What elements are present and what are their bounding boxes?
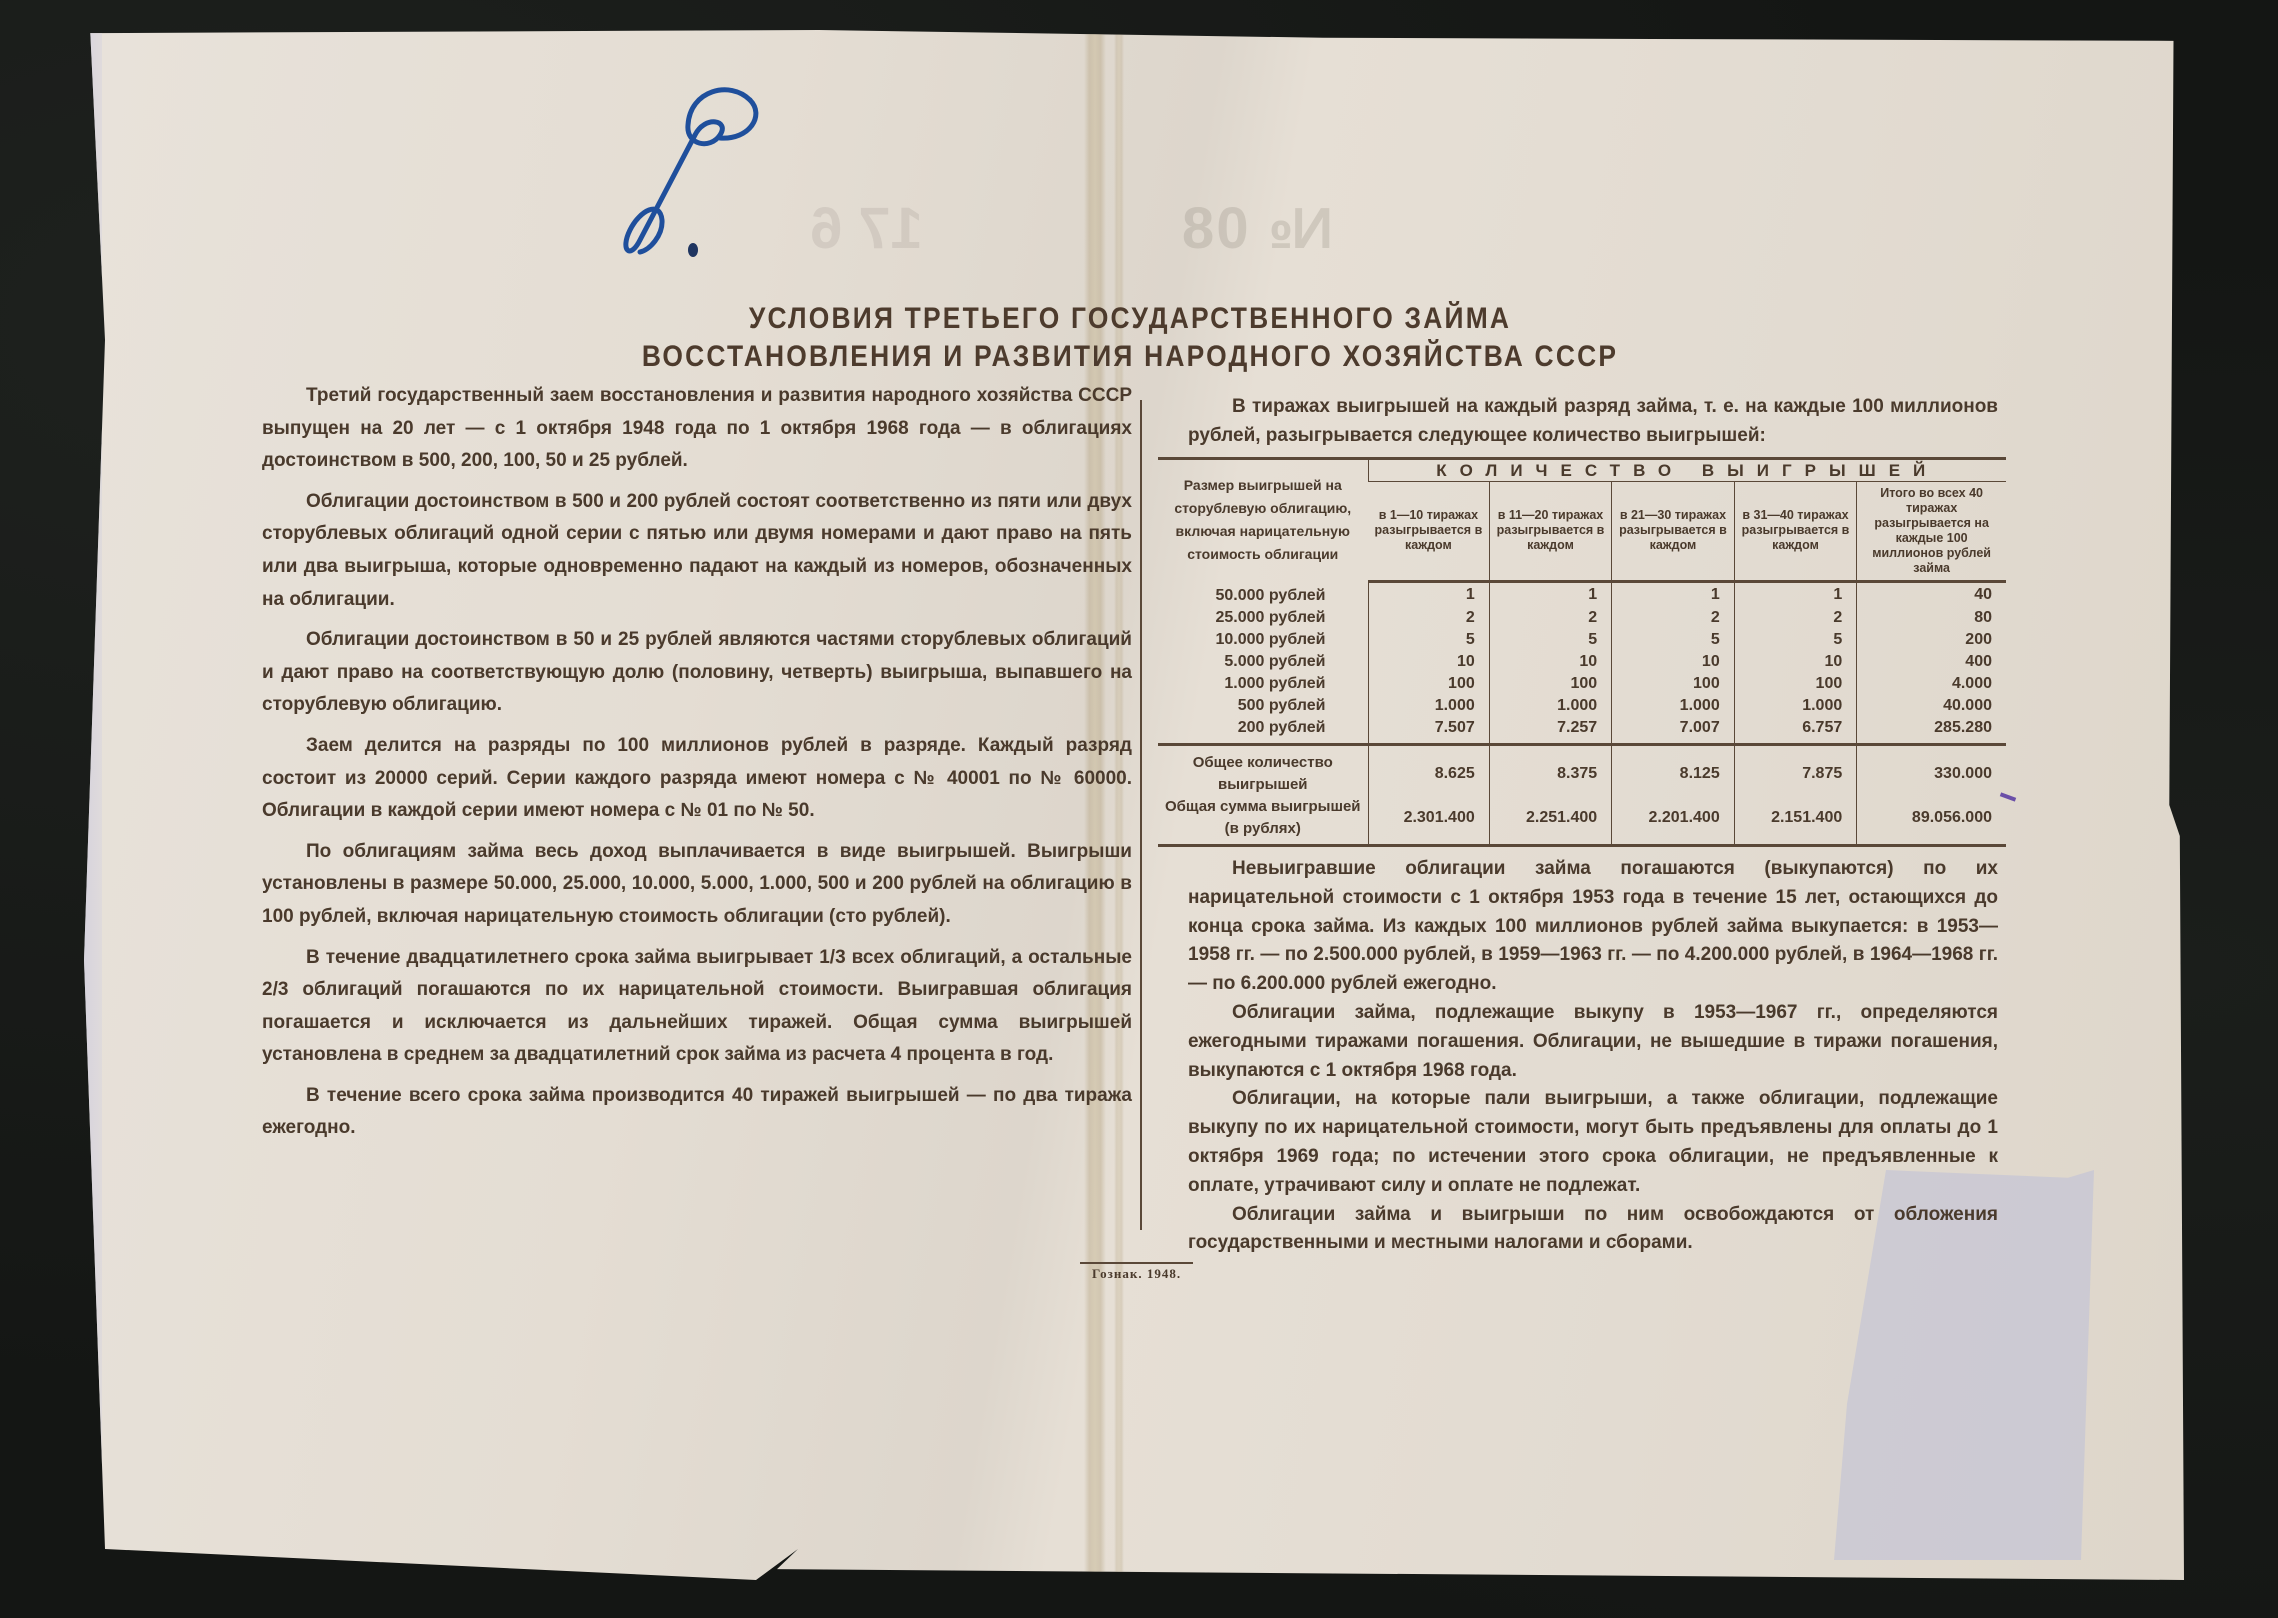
- table-cell: 285.280: [1857, 717, 2006, 745]
- table-cell: 1: [1612, 581, 1735, 607]
- title-line-2: ВОССТАНОВЛЕНИЯ И РАЗВИТИЯ НАРОДНОГО ХОЗЯ…: [558, 338, 1702, 376]
- prize-size-header: Размер выигрышей на сторублевую облигаци…: [1158, 458, 1368, 581]
- paragraph: Облигации достоинством в 500 и 200 рубле…: [262, 486, 1132, 616]
- prize-label: 25.000 рублей: [1158, 607, 1368, 629]
- table-cell: 100: [1734, 673, 1857, 695]
- table-cell: 40: [1857, 581, 2006, 607]
- table-cell: 1.000: [1612, 695, 1735, 717]
- total-sum-label: Общая сумма выигрышей (в рублях): [1158, 796, 1368, 846]
- paragraph: Заем делится на разряды по 100 миллионов…: [262, 730, 1132, 828]
- table-cell: 1: [1489, 581, 1611, 607]
- column-header: в 11—20 тиражах разыгрывается в каждом: [1489, 481, 1611, 581]
- table-cell: 1: [1734, 581, 1857, 607]
- table-cell: 100: [1612, 673, 1735, 695]
- handwritten-mark: [600, 80, 780, 270]
- right-column: В тиражах выигрышей на каждый разряд зай…: [1188, 393, 1998, 1258]
- table-cell: 400: [1857, 651, 2006, 673]
- table-cell: 2.151.400: [1734, 796, 1857, 846]
- paragraph: По облигациям займа весь доход выплачива…: [262, 836, 1132, 934]
- table-cell: 7.257: [1489, 717, 1611, 745]
- table-cell: 7.507: [1368, 717, 1489, 745]
- paragraph: В течение всего срока займа производится…: [262, 1080, 1132, 1145]
- table-cell: 2: [1368, 607, 1489, 629]
- paragraph: Облигации займа, подлежащие выкупу в 195…: [1188, 999, 1998, 1085]
- column-header: в 1—10 тиражах разыгрывается в каждом: [1368, 481, 1489, 581]
- table-cell: 2: [1734, 607, 1857, 629]
- prize-label: 5.000 рублей: [1158, 651, 1368, 673]
- folded-edge: [84, 30, 102, 1580]
- column-divider: [1140, 400, 1142, 1230]
- paragraph: В течение двадцатилетнего срока займа вы…: [262, 942, 1132, 1072]
- table-cell: 1.000: [1734, 695, 1857, 717]
- prize-label: 10.000 рублей: [1158, 629, 1368, 651]
- table-cell: 5: [1368, 629, 1489, 651]
- table-cell: 80: [1857, 607, 2006, 629]
- table-intro: В тиражах выигрышей на каждый разряд зай…: [1188, 393, 1998, 451]
- table-cell: 7.007: [1612, 717, 1735, 745]
- paragraph: Облигации займа и выигрыши по ним освобо…: [1188, 1201, 1998, 1259]
- left-column: Третий государственный заем восстановлен…: [262, 380, 1132, 1153]
- printer-imprint: Гознак. 1948.: [1080, 1262, 1193, 1282]
- prize-label: 500 рублей: [1158, 695, 1368, 717]
- table-cell: 4.000: [1857, 673, 2006, 695]
- table-cell: 2: [1612, 607, 1735, 629]
- table-cell: 8.625: [1368, 745, 1489, 797]
- prize-label: 50.000 рублей: [1158, 581, 1368, 607]
- table-cell: 6.757: [1734, 717, 1857, 745]
- table-cell: 2.301.400: [1368, 796, 1489, 846]
- table-cell: 1.000: [1489, 695, 1611, 717]
- paragraph: Невыигравшие облигации займа погашаются …: [1188, 855, 1998, 999]
- table-cell: 1.000: [1368, 695, 1489, 717]
- table-cell: 7.875: [1734, 745, 1857, 797]
- winnings-table: Размер выигрышей на сторублевую облигаци…: [1158, 457, 2006, 848]
- paragraph: Облигации, на которые пали выигрыши, а т…: [1188, 1085, 1998, 1200]
- total-count-row: Общее количество выигрышей 8.625 8.375 8…: [1158, 745, 2006, 797]
- table-row: 1.000 рублей 100 100 100 100 4.000: [1158, 673, 2006, 695]
- title-line-1: УСЛОВИЯ ТРЕТЬЕГО ГОСУДАРСТВЕННОГО ЗАЙМА: [558, 300, 1702, 338]
- table-cell: 100: [1368, 673, 1489, 695]
- table-row: 5.000 рублей 10 10 10 10 400: [1158, 651, 2006, 673]
- table-row: 200 рублей 7.507 7.257 7.007 6.757 285.2…: [1158, 717, 2006, 745]
- table-cell: 2.251.400: [1489, 796, 1611, 846]
- table-cell: 200: [1857, 629, 2006, 651]
- table-cell: 330.000: [1857, 745, 2006, 797]
- table-cell: 5: [1489, 629, 1611, 651]
- table-cell: 10: [1734, 651, 1857, 673]
- column-header: в 31—40 тиражах разыгрывается в каждом: [1734, 481, 1857, 581]
- table-cell: 40.000: [1857, 695, 2006, 717]
- table-cell: 5: [1734, 629, 1857, 651]
- bleed-through-serial-left: 17 6: [810, 195, 923, 262]
- table-row: 10.000 рублей 5 5 5 5 200: [1158, 629, 2006, 651]
- table-cell: 1: [1368, 581, 1489, 607]
- document-title: УСЛОВИЯ ТРЕТЬЕГО ГОСУДАРСТВЕННОГО ЗАЙМА …: [558, 300, 1702, 376]
- winnings-count-header: КОЛИЧЕСТВО ВЫИГРЫШЕЙ: [1368, 458, 2006, 481]
- table-cell: 5: [1612, 629, 1735, 651]
- table-cell: 8.125: [1612, 745, 1735, 797]
- paragraph: Облигации достоинством в 50 и 25 рублей …: [262, 624, 1132, 722]
- prize-label: 1.000 рублей: [1158, 673, 1368, 695]
- column-header: Итого во всех 40 тиражах разыгрывается н…: [1857, 481, 2006, 581]
- table-row: 25.000 рублей 2 2 2 2 80: [1158, 607, 2006, 629]
- table-cell: 100: [1489, 673, 1611, 695]
- table-cell: 2: [1489, 607, 1611, 629]
- paragraph: Третий государственный заем восстановлен…: [262, 380, 1132, 478]
- total-sum-row: Общая сумма выигрышей (в рублях) 2.301.4…: [1158, 796, 2006, 846]
- table-row: 50.000 рублей 1 1 1 1 40: [1158, 581, 2006, 607]
- table-cell: 2.201.400: [1612, 796, 1735, 846]
- bleed-through-serial: № 08: [1180, 195, 1333, 262]
- table-cell: 8.375: [1489, 745, 1611, 797]
- column-header: в 21—30 тиражах разыгрывается в каждом: [1612, 481, 1735, 581]
- table-cell: 10: [1612, 651, 1735, 673]
- table-row: 500 рублей 1.000 1.000 1.000 1.000 40.00…: [1158, 695, 2006, 717]
- table-cell: 10: [1368, 651, 1489, 673]
- table-cell: 89.056.000: [1857, 796, 2006, 846]
- total-count-label: Общее количество выигрышей: [1158, 745, 1368, 797]
- prize-label: 200 рублей: [1158, 717, 1368, 745]
- table-cell: 10: [1489, 651, 1611, 673]
